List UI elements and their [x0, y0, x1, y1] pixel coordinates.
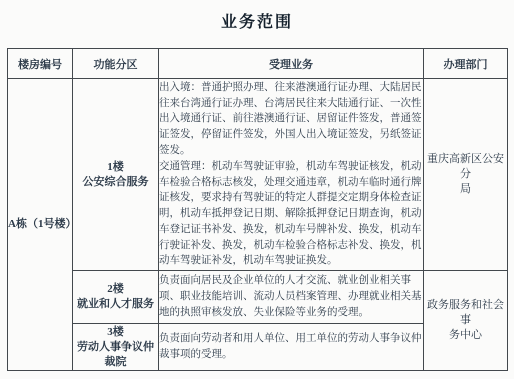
business-cell-floor-2: 负责面向居民及企业单位的人才交流、就业创业相关事 项、职业技能培训、流动人员档案…	[159, 271, 424, 324]
business-cell-floor-3: 负责面向劳动者和用人单位、用工单位的劳动人事争议仲 裁事项的受理。	[159, 324, 424, 371]
department-cell-service-center: 政务服务和社会事 务中心	[424, 271, 508, 371]
table-row: A栋（1号楼） 1楼 公安综合服务 出入境：普通护照办理、往来港澳通行证办理、大…	[8, 79, 508, 271]
page-title: 业务范围	[7, 9, 507, 32]
zone-cell-floor-1: 1楼 公安综合服务	[73, 79, 159, 271]
col-header-handling-department: 办理部门	[424, 49, 508, 79]
col-header-functional-zone: 功能分区	[73, 49, 159, 79]
header-row: 楼房编号 功能分区 受理业务 办理部门	[8, 49, 508, 79]
business-cell-floor-1: 出入境：普通护照办理、往来港澳通行证办理、大陆居民 往来台湾通行证办理、台湾居民…	[159, 79, 424, 271]
department-cell-police-branch: 重庆高新区公安分 局	[424, 79, 508, 271]
building-number-cell: A栋（1号楼）	[8, 79, 73, 371]
business-scope-table: 楼房编号 功能分区 受理业务 办理部门 A栋（1号楼） 1楼 公安综合服务 出入…	[7, 48, 508, 371]
zone-cell-floor-2: 2楼 就业和人才服务	[73, 271, 159, 324]
col-header-building-number: 楼房编号	[8, 49, 73, 79]
zone-cell-floor-3: 3楼 劳动人事争议仲 裁院	[73, 324, 159, 371]
table-row: 2楼 就业和人才服务 负责面向居民及企业单位的人才交流、就业创业相关事 项、职业…	[8, 271, 508, 324]
col-header-accepted-business: 受理业务	[159, 49, 424, 79]
